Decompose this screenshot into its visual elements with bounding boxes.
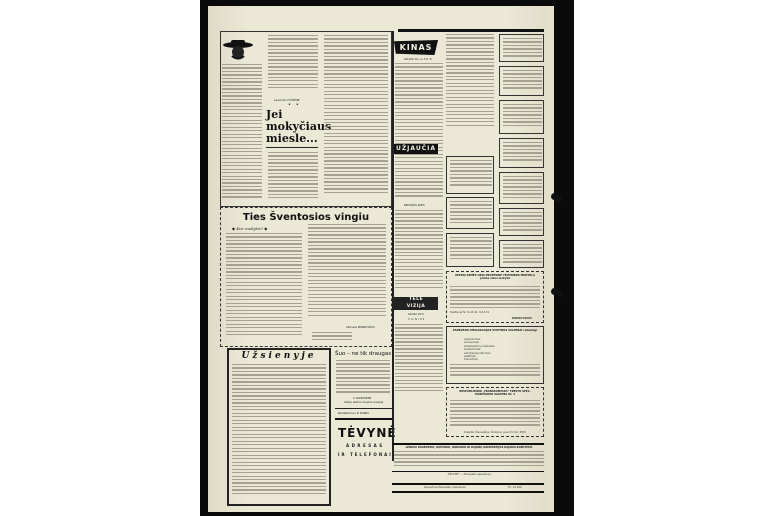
- feature-caption: [312, 332, 352, 344]
- condolence-notice: [499, 138, 544, 168]
- page-divider: [392, 31, 394, 461]
- ad-school-body: [450, 286, 540, 310]
- ad-construction-title: PANEVĖŽIO MELIORACIJOS STATYBOS VALDYBAI…: [450, 329, 540, 337]
- sidebar-headline: Šuo – ne tik draugas: [335, 351, 391, 357]
- story-column-1: [222, 64, 262, 204]
- tv-listings: [395, 324, 443, 398]
- story-column-2-top: [268, 35, 318, 93]
- ad-montage-body: [450, 400, 540, 430]
- tv-section: VILNIUS: [408, 318, 425, 321]
- footer-rule-mid: [392, 471, 544, 472]
- feature-signature: Alfonsas MINKEVIČIUS: [346, 326, 375, 329]
- masthead-line1: ADRESAS: [346, 443, 385, 448]
- ad-construction-items: valymininkai aruoputojai ekskavatorių ma…: [464, 338, 534, 362]
- abroad-news-list: [232, 364, 326, 502]
- masthead-title: TĖVYNĖ: [338, 426, 397, 440]
- abroad-headline: Užsienyje: [227, 351, 331, 361]
- cowboy-illustration-icon: [222, 38, 254, 60]
- condolence-notice: [499, 100, 544, 134]
- condolence-notice: [499, 208, 544, 236]
- newspaper-page: Leonida VYČIENE • • Jei mokyčiaus miesle…: [208, 6, 546, 512]
- binding-hole: [556, 290, 563, 297]
- ad-montage-contact: Kreiptis: Panevėžys, Smėlynų g-vė 23, te…: [450, 431, 540, 435]
- ad-school-signature: DIREKTORIUS: [512, 317, 544, 321]
- story-column-3: [324, 35, 388, 205]
- footer-publisher: LEIDŽIA PANEVĖŽIO, KUPIŠKIO, ROKIŠKIO IR…: [394, 446, 544, 450]
- ad-school-title: VEPRIŲ ŽEMĖS ŪKIO PROFESINĖ TECHNIKOS MO…: [450, 274, 540, 284]
- sidebar-story-text: [336, 360, 390, 396]
- cinema-column-2: [446, 34, 494, 134]
- feature-subhead: ◆ Kur mokytis? ◆: [232, 226, 267, 231]
- top-rule: [398, 29, 544, 32]
- cinema-date: SAUSIO 16—2–3 D. D.: [404, 58, 432, 61]
- condolence-notice: [446, 233, 494, 267]
- cinema-listings: [395, 63, 443, 203]
- editor-line: Redaktorius P. KANIS: [338, 411, 369, 415]
- condolence-notice: [499, 172, 544, 204]
- condolence-notice: [499, 34, 544, 62]
- feature-headline: Ties Šventosios vingiu: [220, 212, 392, 223]
- feature-column-1: [226, 233, 302, 343]
- cinema-heading: KINAS: [394, 40, 438, 55]
- footer-small: Spaustuvė Panevėžio spaustuvė: [424, 486, 494, 490]
- radio-listings: [395, 210, 443, 294]
- feature-column-2: [308, 224, 386, 324]
- sidebar-signature-note: Vadelių elektros mokyklos mokytoja: [344, 401, 383, 404]
- story-headline: Jei mokyčiaus miesle...: [266, 109, 331, 145]
- tv-date: SAUSIO 18 D.: [408, 313, 424, 316]
- sidebar-signature: A. BAVEČKIENE: [353, 397, 371, 400]
- order-number: Tir. 12.100: [508, 486, 544, 490]
- story-column-2-bottom: [268, 152, 318, 204]
- footer-printer: „TĖVYNĖ" — Panevėžio spaustuvė: [394, 473, 544, 481]
- masthead-line2: IR TELEFONAI: [338, 452, 393, 457]
- sidebar-rule: [335, 408, 392, 409]
- binding-hole: [555, 196, 562, 203]
- ad-construction-body: [450, 364, 540, 380]
- condolences-heading: UŽJAUČIA: [394, 144, 438, 154]
- footer-rule-final: [392, 491, 544, 493]
- condolence-notice: [499, 240, 544, 268]
- condolence-notice: [446, 197, 494, 229]
- ad-school-contact: Telefonas Nr. 9-43-41, 9-43-31: [450, 311, 520, 315]
- ad-montage-title: RESPUBLIKINIO „TRANSSONTAŽO" TRESTO SPEC…: [450, 390, 540, 398]
- condolence-notice: [446, 156, 494, 194]
- headline-rule: [266, 147, 318, 148]
- masthead-rule: [335, 418, 392, 420]
- condolence-notice: [499, 66, 544, 96]
- footer-details: [394, 451, 544, 469]
- page-margin: [546, 6, 554, 512]
- cinema-section: ERDVĖJAS KINIS: [404, 204, 425, 207]
- footer-rule-bottom: [392, 483, 544, 485]
- television-heading: TELE VIZIJA: [394, 297, 438, 310]
- footer-rule-top: [392, 443, 544, 445]
